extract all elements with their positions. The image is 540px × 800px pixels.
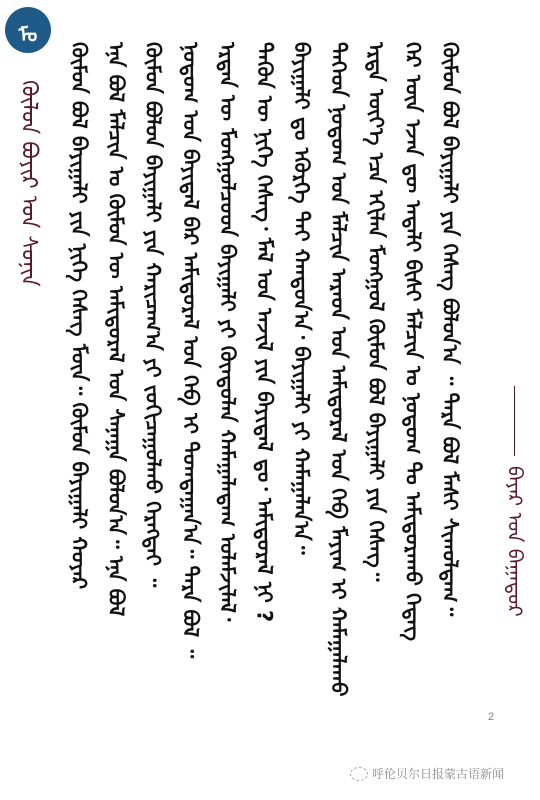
watermark-text: 呼伦贝尔日报蒙古语新闻 xyxy=(372,765,504,782)
text-column: ᠡᠨᠡ ᠪᠣᠯ ᠮᠠᠯᠴᠢᠨ ᠤ ᠬᠦᠮᠦᠨ ᠦ ᠠᠮᠢᠳᠤᠷᠠᠯ ᠤᠨ ᠰᠠᠨ… xyxy=(99,42,133,762)
text-column: ᠬᠦᠮᠦᠨ ᠪᠣᠯᠤᠨ ᠪᠠᠶᠢᠭᠠᠯᠢ ᠶᠢᠨ ᠬᠠᠷᠢᠴᠠᠭ᠎ᠠ ᠶᠢ ᠵᠣ… xyxy=(136,42,170,762)
author-byline: ᠪᠠᠶᠠᠷ ᠤᠨ ᠪᠠᠭᠠᠲᠤᠷ xyxy=(500,386,530,776)
body-text: ᠬᠦᠮᠦᠨ ᠪᠣᠯ ᠪᠠᠶᠢᠭᠠᠯᠢ ᠶᠢᠨ ᠬᠡᠰᠡᠭ ᠪᠣᠯᠤᠨ᠎ᠠ ᠃ ᠲ… xyxy=(62,42,467,762)
page-number: 2 xyxy=(488,711,494,723)
text-column: ᠡᠷᠲᠡ ᠦᠶ᠎ᠡ ᠡᠴᠡ ᠡᠬᠢᠯᠡᠨ ᠮᠣᠩᠭᠣᠯ ᠬᠦᠮᠦᠨ ᠪᠣᠯ ᠪᠠ… xyxy=(359,42,393,762)
text-column: ᠬᠦᠮᠦᠨ ᠪᠣᠯ ᠪᠠᠶᠢᠭᠠᠯᠢ ᠶᠢᠨ ᠬᠡᠰᠡᠭ ᠪᠣᠯᠤᠨ᠎ᠠ ᠃ ᠲ… xyxy=(433,42,467,762)
text-column: ᠬᠦᠮᠦᠨ ᠪᠣᠯ ᠪᠠᠶᠢᠭᠠᠯᠢ ᠶᠢᠨ ᠨᠢᠭᠡ ᠬᠡᠰᠡᠭ ᠮᠥᠨ᠃ ᠬ… xyxy=(62,42,96,762)
publication-logo: ᠮᠣ xyxy=(5,7,51,53)
text-column: ᠲᠡᠭᠦᠨ ᠦ ᠨᠢᠭᠡ ᠬᠡᠰᠡᠭ᠂ ᠮᠠᠯ ᠤᠨ ᠠᠵᠢᠯ ᠶᠢᠨ ᠪᠠᠶᠢ… xyxy=(247,42,281,762)
side-title: ᠬᠥᠯᠦᠨ ᠪᠤᠶᠢᠷ ᠤᠨ ᠰᠣᠨᠢᠨ xyxy=(14,80,42,380)
wechat-icon xyxy=(350,767,368,781)
author-name: ᠪᠠᠶᠠᠷ ᠤᠨ ᠪᠠᠭᠠᠲᠤᠷ xyxy=(500,466,530,776)
watermark: 呼伦贝尔日报蒙古语新闻 xyxy=(350,765,504,782)
author-dash xyxy=(514,386,515,456)
text-column: ᠨᠤᠲᠤᠭ ᠤᠨ ᠪᠠᠶᠢᠳᠠᠯ ᠪᠠᠷ ᠠᠮᠢᠳᠤᠷᠠᠯ ᠤᠨ ᠬᠡᠪ ᠢ ᠲ… xyxy=(173,42,207,762)
text-column: ᠭᠡᠷ ᠦᠨ ᠡᠵᠡᠨ ᠳᠦ ᠠᠳᠠᠯᠢ ᠪᠢᠰᠢ ᠮᠠᠯᠴᠢᠨ ᠤ ᠨᠤᠲᠤᠭ… xyxy=(396,42,430,762)
text-column: ᠲᠡᠭᠡᠳ ᠨᠤᠲᠤᠭ ᠤᠨ ᠮᠠᠯᠴᠢᠨ ᠠᠷᠠᠳ ᠤᠨ ᠠᠮᠢᠳᠤᠷᠠᠯ ᠤ… xyxy=(322,42,356,762)
logo-glyph: ᠮᠣ xyxy=(19,13,38,48)
text-column: ᠡᠷᠲᠡᠨ ᠦ ᠮᠣᠩᠭᠣᠯᠴᠤᠳ ᠪᠠᠶᠢᠭᠠᠯᠢ ᠶᠢ ᠬᠦᠨᠳᠦᠯᠡᠨ ᠬ… xyxy=(210,42,244,762)
text-column: ᠪᠠᠶᠢᠭᠠᠯᠢ ᠳᠤ ᠡᠭᠦᠷᠭᠡ ᠲᠡᠶ ᠬᠠᠨᠳᠤᠨ᠎ᠠ᠂ ᠪᠠᠶᠢᠭᠠᠯ… xyxy=(285,42,319,762)
